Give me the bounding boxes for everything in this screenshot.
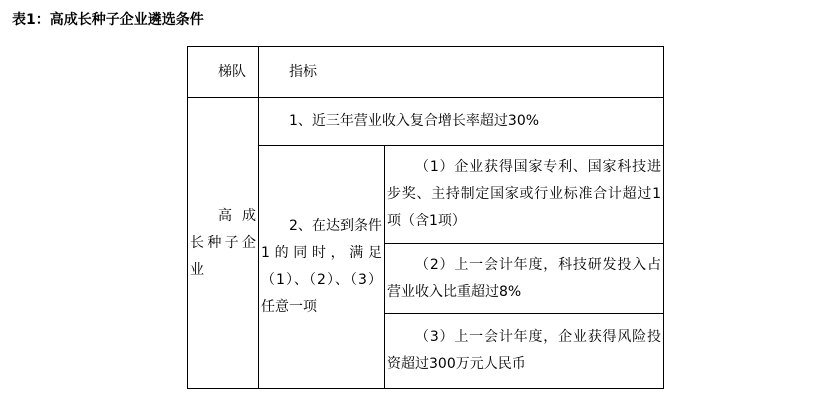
- table-header-row: 梯队 指标: [188, 47, 664, 98]
- page-title: 表1：高成长种子企业遴选条件: [12, 11, 204, 29]
- sub-item-3-cell: （3）上一会计年度，企业获得风险投资超过300万元人民币: [385, 314, 664, 389]
- selection-criteria-table: 梯队 指标 高成长种子企业 1、近三年营业收入复合增长率超过30% 2、在达到条…: [187, 46, 664, 389]
- criterion-1-cell: 1、近三年营业收入复合增长率超过30%: [259, 98, 664, 146]
- sub-item-1-cell: （1）企业获得国家专利、国家科技进步奖、主持制定国家或行业标准合计超过1项（含1…: [385, 146, 664, 244]
- header-cell-indicator: 指标: [259, 47, 664, 98]
- header-cell-tier: 梯队: [188, 47, 259, 98]
- tier-cell: 高成长种子企业: [188, 98, 259, 389]
- table-row: 高成长种子企业 1、近三年营业收入复合增长率超过30%: [188, 98, 664, 146]
- table-row: 2、在达到条件1的同时，满足（1）、（2）、（3）任意一项 （1）企业获得国家专…: [188, 146, 664, 244]
- sub-item-2-cell: （2）上一会计年度，科技研发投入占营业收入比重超过8%: [385, 244, 664, 314]
- criterion-2-cell: 2、在达到条件1的同时，满足（1）、（2）、（3）任意一项: [259, 146, 385, 389]
